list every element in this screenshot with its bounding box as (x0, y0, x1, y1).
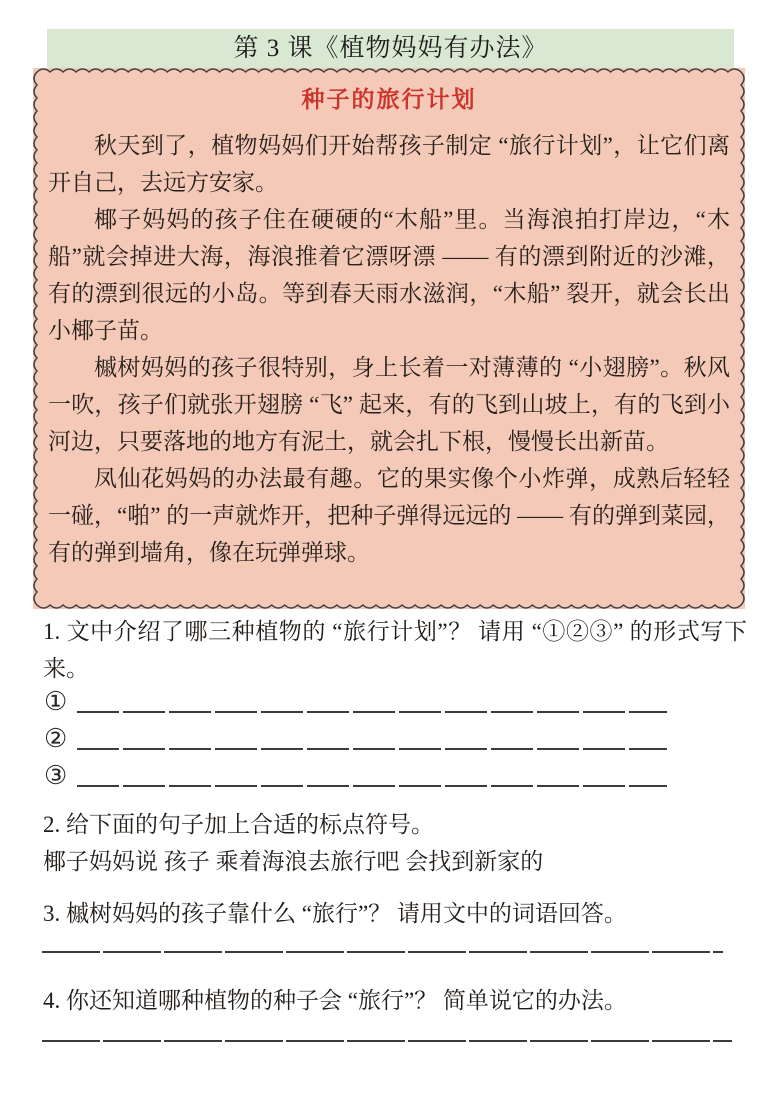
circled-number-1: ① (44, 689, 67, 715)
answer-line-q4 (42, 1040, 732, 1042)
question-2-text: 2. 给下面的句子加上合适的标点符号。 (43, 806, 747, 843)
answer-line-1 (77, 711, 667, 713)
answer-line-2 (77, 748, 667, 750)
circled-number-2: ② (44, 726, 67, 752)
passage-paragraph-4: 凤仙花妈妈的办法最有趣。它的果实像个小炸弹，成熟后轻轻一碰，“啪” 的一声就炸开… (48, 460, 730, 571)
passage-paragraph-1: 秋天到了，植物妈妈们开始帮孩子制定 “旅行计划”，让它们离开自己，去远方安家。 (48, 127, 730, 201)
answer-line-3 (77, 785, 667, 787)
answer-blank-row-2: ② (44, 724, 667, 752)
lesson-title-banner: 第 3 课《植物妈妈有办法》 (47, 29, 734, 69)
answer-line-q3 (42, 951, 723, 953)
passage-title: 种子的旅行计划 (33, 85, 745, 115)
passage-body: 秋天到了，植物妈妈们开始帮孩子制定 “旅行计划”，让它们离开自己，去远方安家。 … (33, 127, 745, 571)
lesson-title: 第 3 课《植物妈妈有办法》 (233, 35, 547, 62)
question-4-text: 4. 你还知道哪种植物的种子会 “旅行”？ 简单说它的办法。 (43, 982, 747, 1019)
question-2-sentence: 椰子妈妈说 孩子 乘着海浪去旅行吧 会找到新家的 (43, 843, 747, 880)
reading-passage-box: 种子的旅行计划 秋天到了，植物妈妈们开始帮孩子制定 “旅行计划”，让它们离开自己… (33, 68, 745, 609)
worksheet-page: 第 3 课《植物妈妈有办法》 种子的旅行计划 秋天到了，植物妈妈们开始帮孩子制定… (0, 0, 780, 1103)
question-2: 2. 给下面的句子加上合适的标点符号。 椰子妈妈说 孩子 乘着海浪去旅行吧 会找… (43, 806, 747, 880)
question-3-text: 3. 槭树妈妈的孩子靠什么 “旅行”？ 请用文中的词语回答。 (43, 895, 747, 932)
answer-blank-row-1: ① (44, 687, 667, 715)
question-1-text: 1. 文中介绍了哪三种植物的 “旅行计划”？ 请用 “①②③” 的形式写下来。 (43, 613, 747, 687)
circled-number-3: ③ (44, 763, 67, 789)
passage-paragraph-2: 椰子妈妈的孩子住在硬硬的“木船”里。当海浪拍打岸边，“木船”就会掉进大海，海浪推… (48, 201, 730, 349)
passage-paragraph-3: 槭树妈妈的孩子很特别，身上长着一对薄薄的 “小翅膀”。秋风一吹，孩子们就张开翅膀… (48, 349, 730, 460)
answer-blank-row-3: ③ (44, 761, 667, 789)
